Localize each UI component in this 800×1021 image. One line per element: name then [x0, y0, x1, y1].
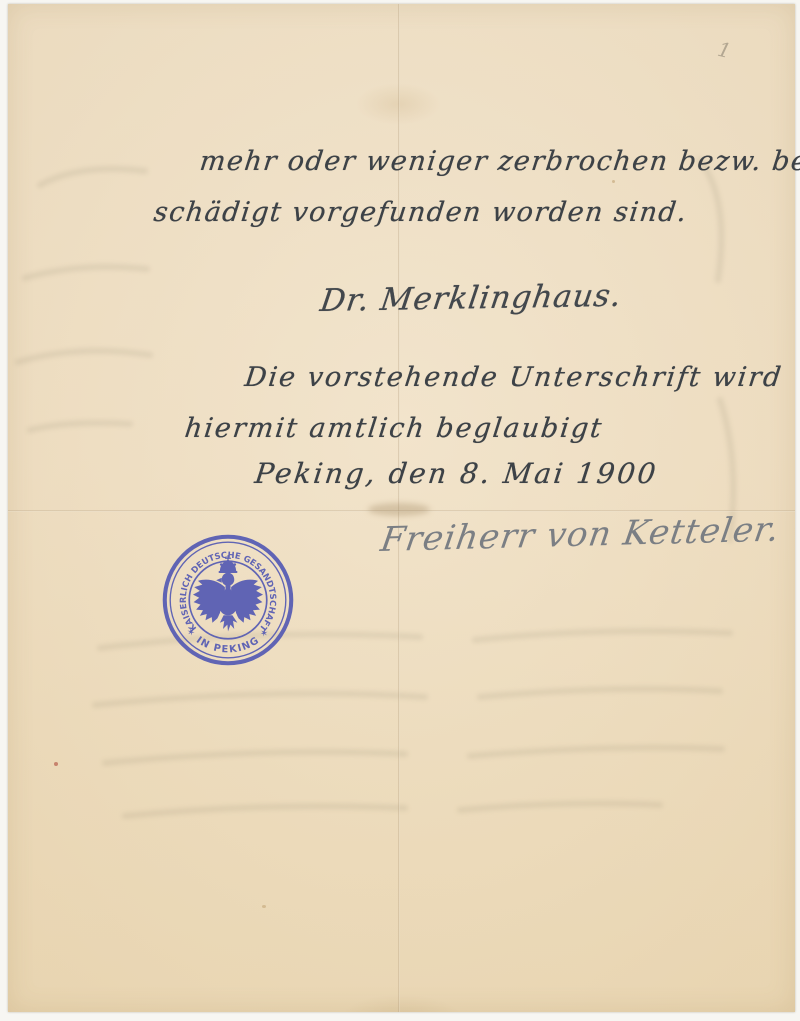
attestation-line-2: hiermit amtlich beglaubigt [183, 413, 605, 444]
legation-stamp-graphic: KAISERLICH DEUTSCHE GESANDTSCHAFT ✶ IN P… [160, 532, 296, 668]
handwritten-body-line-1: mehr oder weniger zerbrochen bezw. be= [198, 146, 800, 177]
dateline: Peking, den 8. Mai 1900 [253, 457, 660, 490]
notary-signature: Dr. Merklinghaus. [318, 278, 624, 319]
scanned-letter-page: 1 mehr oder weniger zerbrochen bezw. be=… [0, 0, 800, 1021]
handwritten-body-line-2: schädigt vorgefunden worden sind. [152, 197, 689, 228]
legation-stamp: KAISERLICH DEUTSCHE GESANDTSCHAFT ✶ IN P… [160, 532, 296, 668]
attestation-line-1: Die vorstehende Unterschrift wird [243, 362, 785, 393]
